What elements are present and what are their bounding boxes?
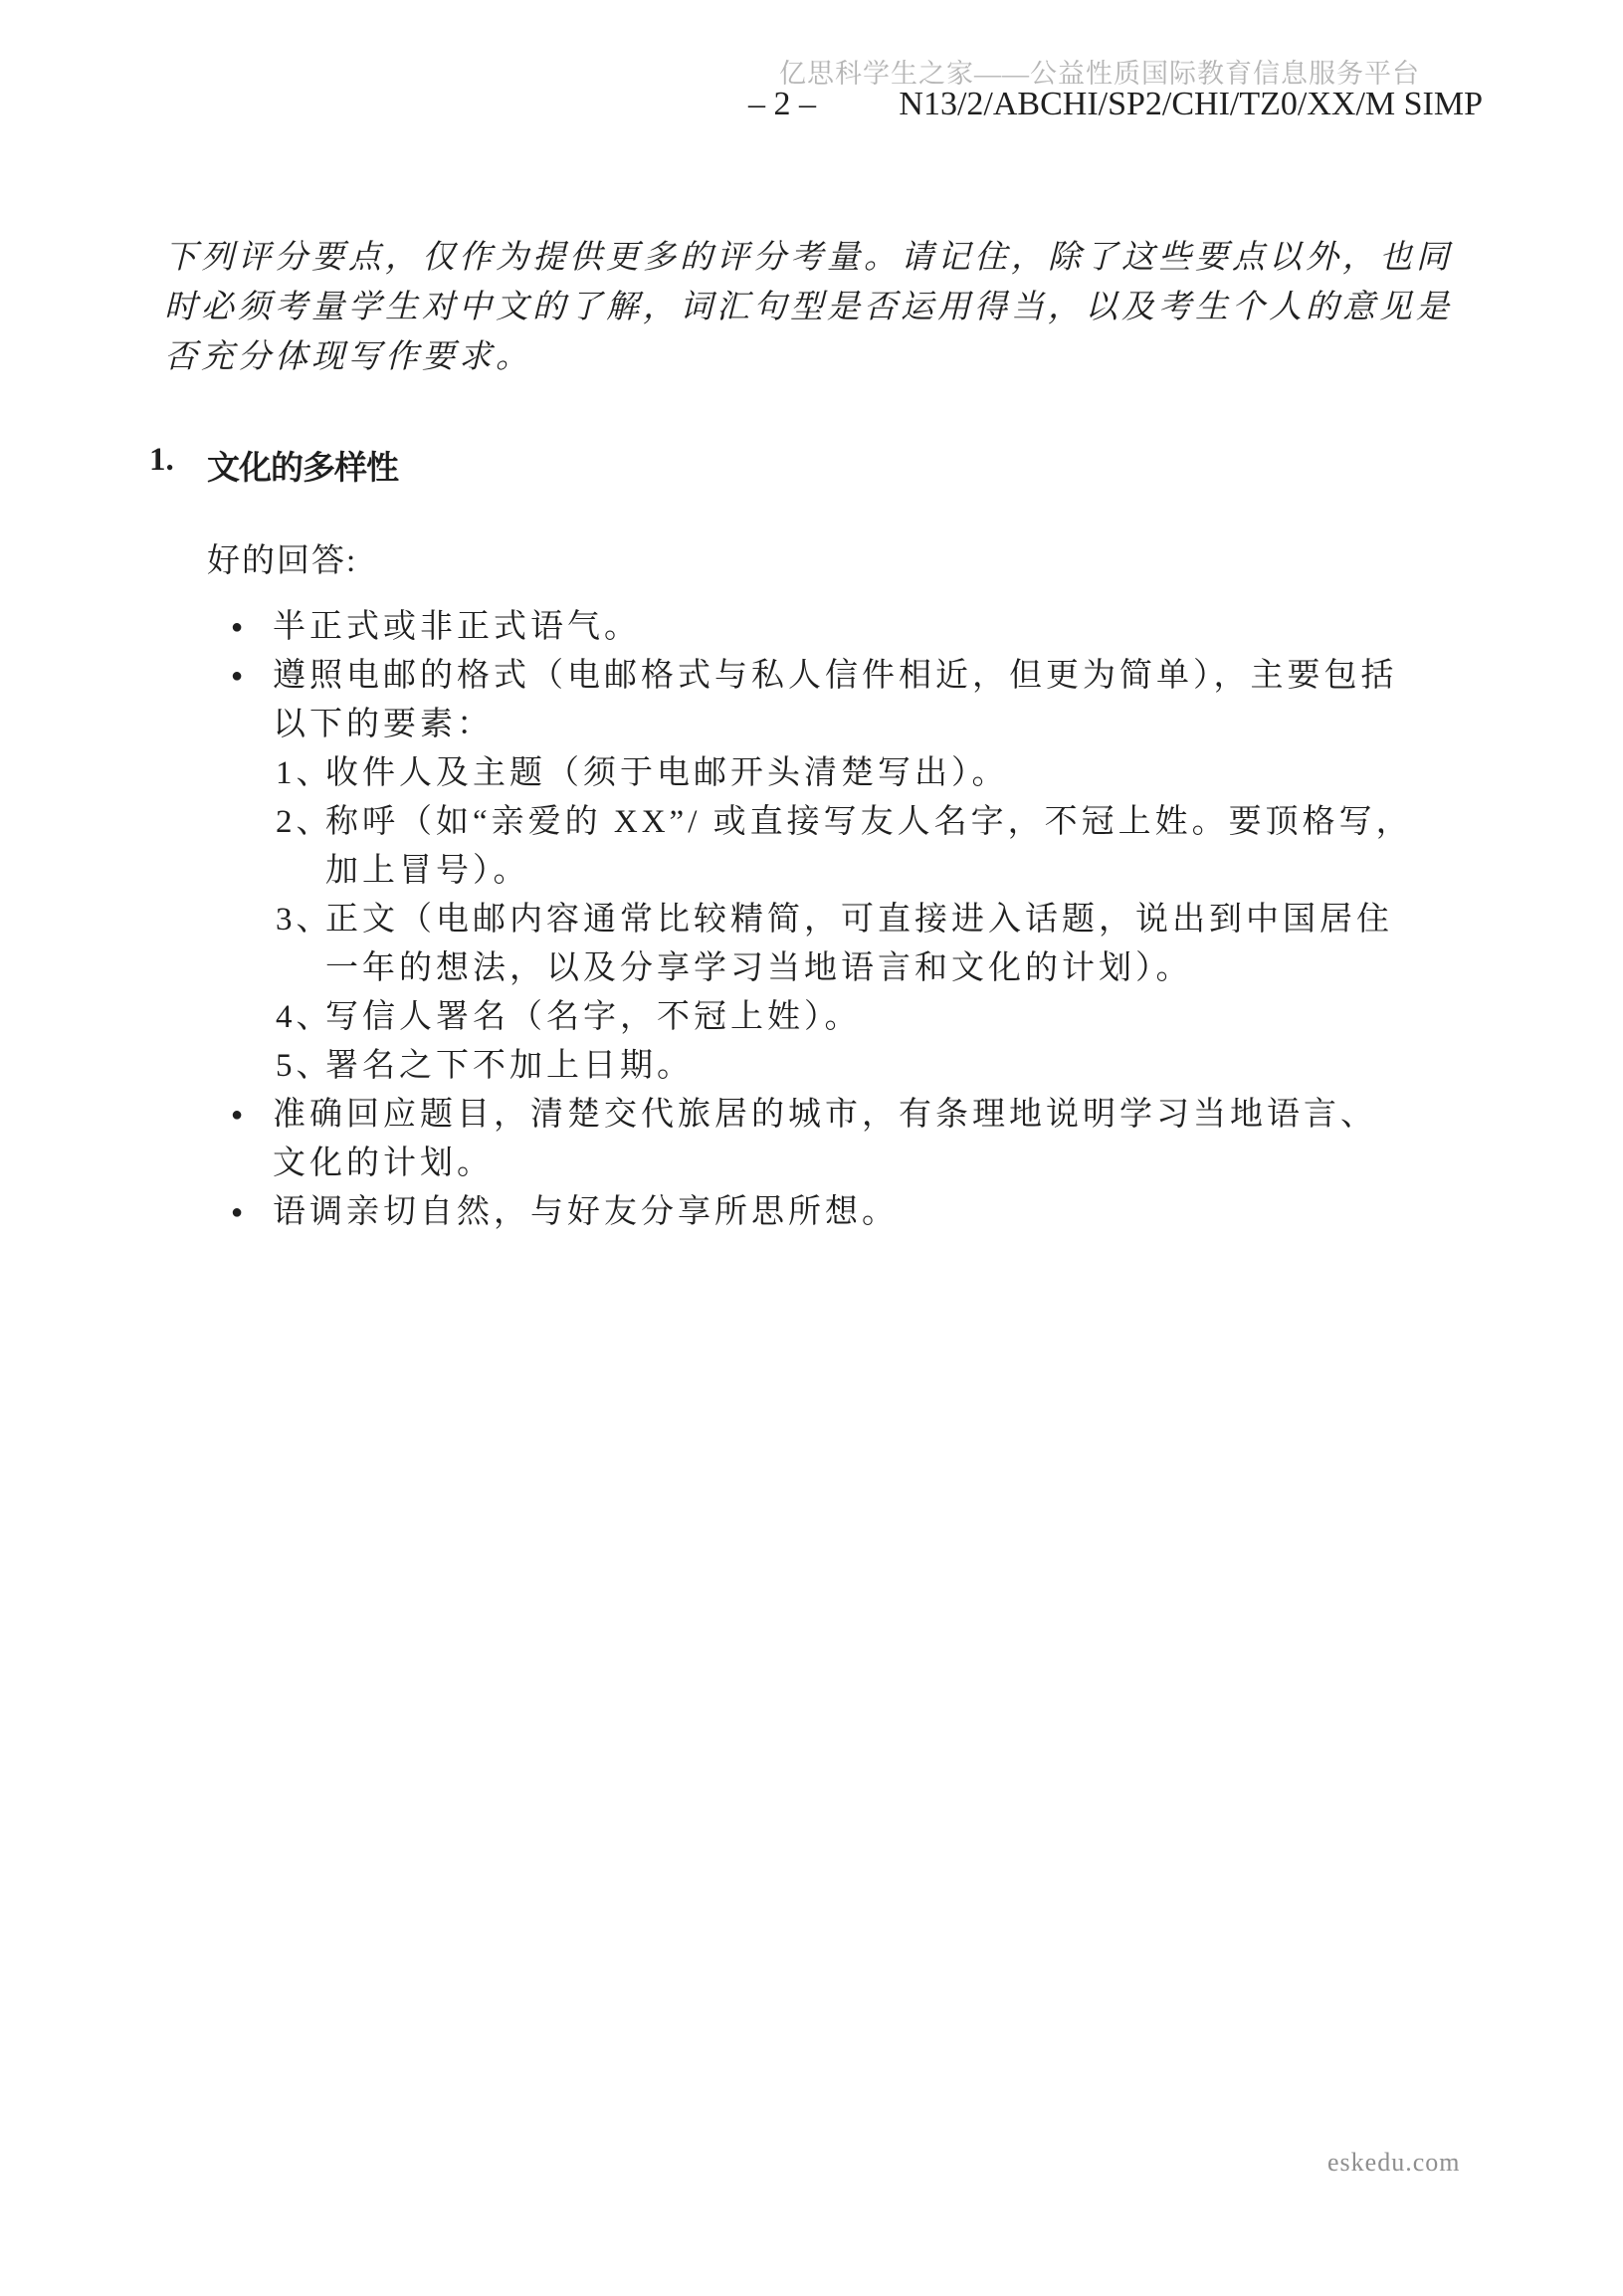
list-item: ● 语调亲切自然，与好友分享所思所想。 bbox=[0, 1188, 1623, 1237]
list-item-text: 准确回应题目，清楚交代旅居的城市，有条理地说明学习当地语言、 bbox=[273, 1091, 1377, 1140]
item-number: 5、 bbox=[276, 1042, 333, 1091]
numbered-item-text: 称呼（如“亲爱的 XX”/ 或直接写友人名字，不冠上姓。要顶格写， bbox=[325, 798, 1413, 847]
document-page: 亿思科学生之家——公益性质国际教育信息服务平台 – 2 – N13/2/ABCH… bbox=[0, 0, 1623, 2296]
item-number: 4、 bbox=[276, 993, 333, 1042]
page-number: – 2 – bbox=[748, 86, 816, 123]
numbered-item: 3、 正文（电邮内容通常比较精简，可直接进入话题，说出到中国居住 bbox=[0, 896, 1623, 944]
list-item-text: 文化的计划。 bbox=[273, 1140, 494, 1188]
paper-code: N13/2/ABCHI/SP2/CHI/TZ0/XX/M SIMP bbox=[899, 86, 1483, 123]
bullet-icon: ● bbox=[231, 652, 243, 701]
list-item-continuation: 文化的计划。 bbox=[0, 1140, 1623, 1188]
bullet-icon: ● bbox=[231, 603, 243, 652]
list-item: ● 遵照电邮的格式（电邮格式与私人信件相近，但更为简单），主要包括 bbox=[0, 652, 1623, 701]
note-line: 时必须考量学生对中文的了解，词汇句型是否运用得当，以及考生个人的意见是 bbox=[164, 283, 1518, 332]
numbered-item-text: 署名之下不加上日期。 bbox=[325, 1042, 694, 1091]
list-item-text: 语调亲切自然，与好友分享所思所想。 bbox=[273, 1188, 899, 1237]
list-item-continuation: 以下的要素： bbox=[0, 701, 1623, 749]
footer-site-watermark: eskedu.com bbox=[1327, 2148, 1460, 2178]
item-number: 3、 bbox=[276, 896, 333, 944]
section-number: 1. bbox=[149, 442, 174, 479]
numbered-item: 4、 写信人署名（名字，不冠上姓）。 bbox=[0, 993, 1623, 1042]
item-number: 2、 bbox=[276, 798, 333, 847]
list-item: ● 准确回应题目，清楚交代旅居的城市，有条理地说明学习当地语言、 bbox=[0, 1091, 1623, 1140]
examiner-note: 下列评分要点，仅作为提供更多的评分考量。请记住，除了这些要点以外，也同 时必须考… bbox=[164, 233, 1518, 382]
good-answer-label: 好的回答: bbox=[207, 534, 357, 581]
numbered-item: 1、 收件人及主题（须于电邮开头清楚写出）。 bbox=[0, 749, 1623, 798]
marking-points-list: ● 半正式或非正式语气。 ● 遵照电邮的格式（电邮格式与私人信件相近，但更为简单… bbox=[0, 603, 1623, 1237]
numbered-item-continuation: 加上冒号）。 bbox=[0, 847, 1623, 896]
list-item-text: 以下的要素： bbox=[273, 701, 494, 749]
numbered-item-text: 一年的想法，以及分享学习当地语言和文化的计划）。 bbox=[325, 944, 1193, 993]
numbered-item: 5、 署名之下不加上日期。 bbox=[0, 1042, 1623, 1091]
numbered-item: 2、 称呼（如“亲爱的 XX”/ 或直接写友人名字，不冠上姓。要顶格写， bbox=[0, 798, 1623, 847]
section-title: 文化的多样性 bbox=[207, 442, 398, 489]
list-item-text: 遵照电邮的格式（电邮格式与私人信件相近，但更为简单），主要包括 bbox=[273, 652, 1398, 701]
note-line: 否充分体现写作要求。 bbox=[164, 332, 1518, 382]
bullet-icon: ● bbox=[231, 1188, 243, 1237]
numbered-item-text: 加上冒号）。 bbox=[325, 847, 530, 896]
bullet-icon: ● bbox=[231, 1091, 243, 1140]
note-line: 下列评分要点，仅作为提供更多的评分考量。请记住，除了这些要点以外，也同 bbox=[164, 233, 1518, 283]
numbered-item-text: 收件人及主题（须于电邮开头清楚写出）。 bbox=[325, 749, 1009, 798]
numbered-item-text: 正文（电邮内容通常比较精简，可直接进入话题，说出到中国居住 bbox=[325, 896, 1393, 944]
list-item: ● 半正式或非正式语气。 bbox=[0, 603, 1623, 652]
list-item-text: 半正式或非正式语气。 bbox=[273, 603, 641, 652]
numbered-item-continuation: 一年的想法，以及分享学习当地语言和文化的计划）。 bbox=[0, 944, 1623, 993]
numbered-item-text: 写信人署名（名字，不冠上姓）。 bbox=[325, 993, 862, 1042]
item-number: 1、 bbox=[276, 749, 333, 798]
